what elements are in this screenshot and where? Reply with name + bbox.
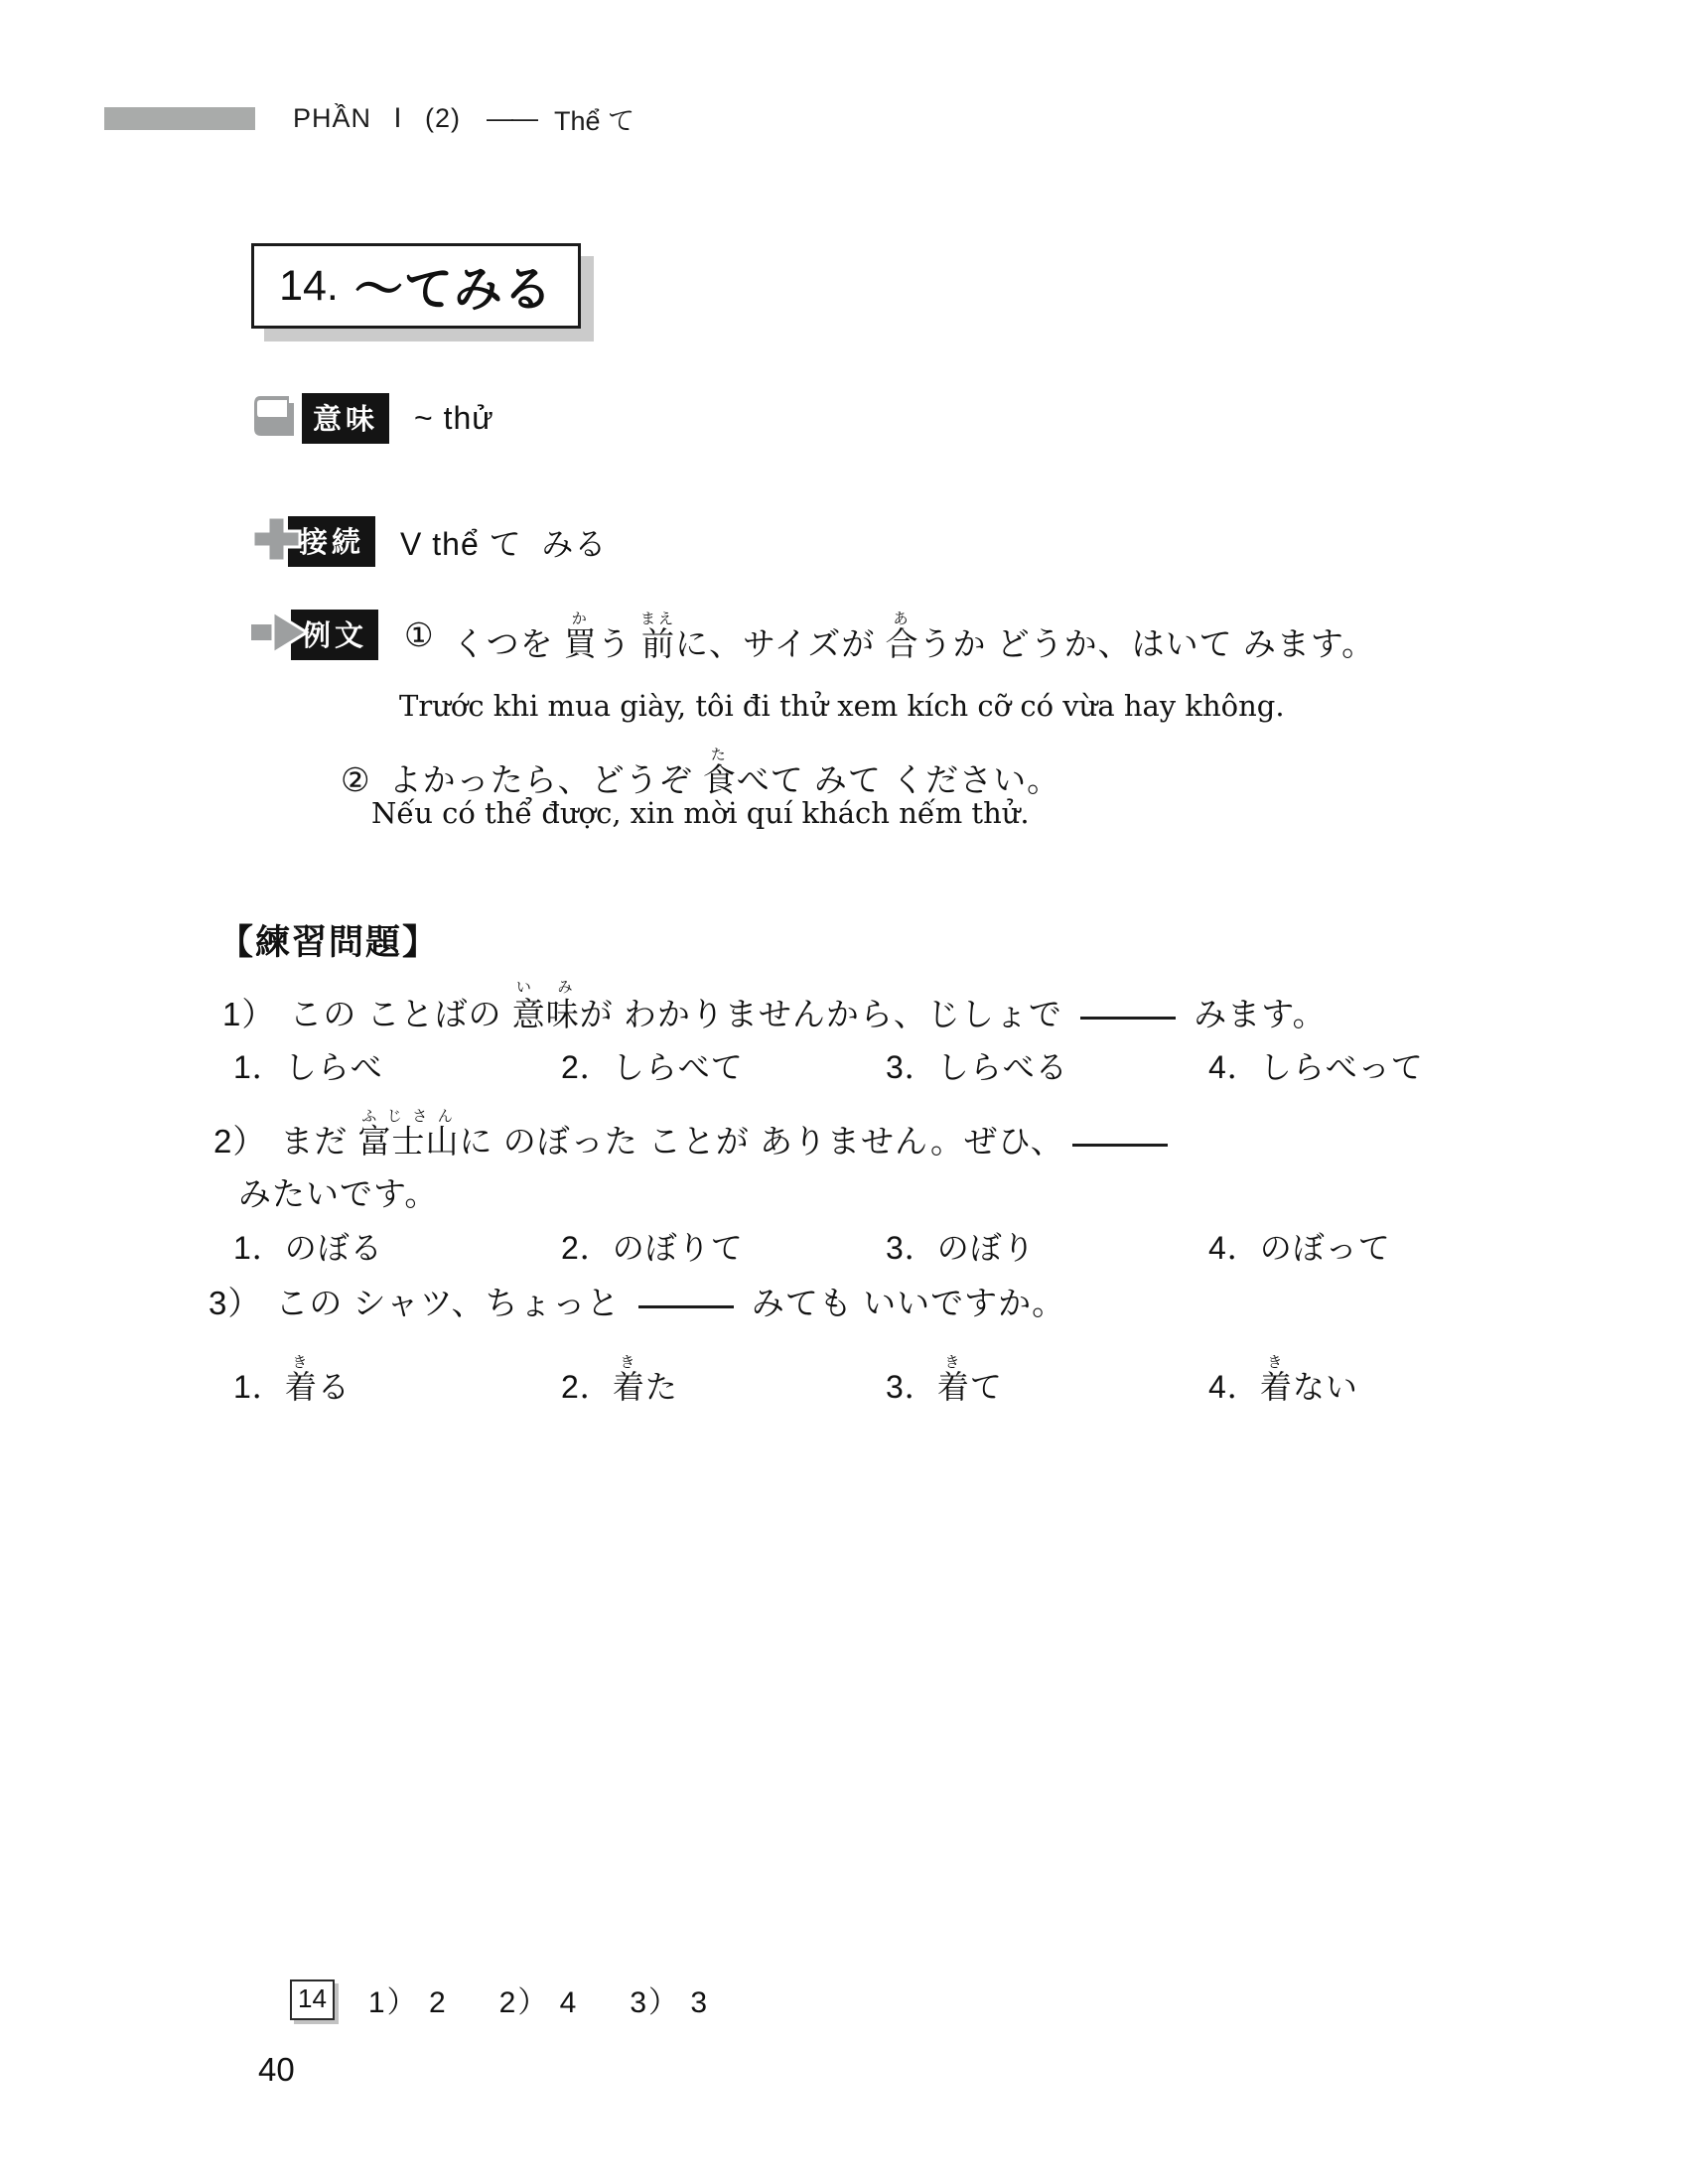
question-2-text-continued: みたいです。 [238, 1177, 438, 1210]
header-dash: —— [487, 103, 536, 134]
question-3-options: 1．着きる 2．着きた 3．着きて 4．着きない [233, 1354, 1358, 1408]
fill-in-blank [638, 1303, 734, 1308]
answer-key-lesson-box: 14 [290, 1979, 335, 2020]
textbook-page: PHẦN Ⅰ (2) —— Thể て 14. 〜てみる 意味 ~ thử 接続… [0, 0, 1688, 2184]
example-2-line: ② よかったら、どうぞ 食たべて みて ください。 [341, 747, 1060, 796]
answer-option: 4．のぼって [1208, 1223, 1391, 1269]
meaning-text: ~ thử [414, 400, 494, 437]
example-1-japanese: くつを 買かう 前まえに、サイズが 合あうか どうか、はいて みます。 [453, 611, 1376, 660]
header-topic: Thể て [554, 99, 634, 138]
answer-option: 1．しらべ [233, 1042, 561, 1088]
example-2-number: ② [341, 763, 371, 796]
connection-text: V thể て みる [400, 519, 607, 565]
question-1-text: この ことばの 意味い みが わかりませんから、じしょで みます。 [289, 979, 1326, 1030]
answer-option: 2．着きた [561, 1354, 886, 1408]
question-2-text: まだ 富士山ふじさんに のぼった ことが ありません。ぜひ、 [280, 1108, 1175, 1158]
answer-option: 1．のぼる [233, 1223, 561, 1269]
question-2-options: 1．のぼる 2．のぼりて 3．のぼり 4．のぼって [233, 1223, 1391, 1269]
answer-key-item: 2） 4 [499, 1978, 579, 2021]
lesson-title-box: 14. 〜てみる [251, 243, 581, 329]
fill-in-blank [1072, 1142, 1168, 1147]
header-text: PHẦN Ⅰ (2) —— Thể て [293, 99, 634, 138]
answer-option: 3．のぼり [886, 1223, 1208, 1269]
lesson-pattern: 〜てみる [354, 251, 553, 321]
question-2-number: 2） [213, 1125, 266, 1158]
question-2-line-2: みたいです。 [238, 1177, 438, 1210]
question-3-number: 3） [209, 1287, 261, 1319]
examples-row: 例文 ① くつを 買かう 前まえに、サイズが 合あうか どうか、はいて みます。 [251, 608, 1375, 662]
answer-option: 4．しらべって [1208, 1042, 1424, 1088]
connection-row: 接続 V thể て みる [251, 514, 607, 569]
fill-in-blank [1080, 1015, 1176, 1020]
question-3-text: この シャツ、ちょっと みても いいですか。 [275, 1287, 1065, 1319]
question-1-options: 1．しらべ 2．しらべて 3．しらべる 4．しらべって [233, 1042, 1424, 1088]
answer-key-item: 1） 2 [368, 1978, 448, 2021]
answer-option: 2．しらべて [561, 1042, 886, 1088]
practice-heading: 【練習問題】 [218, 915, 439, 965]
example-1-translation: Trước khi mua giày, tôi đi thử xem kích … [399, 689, 1285, 723]
book-icon [251, 393, 297, 444]
answer-key-item: 3） 3 [630, 1978, 709, 2021]
arrow-icon [251, 608, 311, 662]
lesson-number: 14. [279, 262, 339, 311]
answer-option: 2．のぼりて [561, 1223, 886, 1269]
page-header: PHẦN Ⅰ (2) —— Thể て [104, 99, 634, 138]
example-1-number: ① [404, 618, 435, 651]
header-bar [104, 107, 255, 130]
question-1-number: 1） [222, 998, 275, 1030]
answer-option: 3．しらべる [886, 1042, 1208, 1088]
answer-key: 14 1） 2 2） 4 3） 3 [290, 1978, 761, 2021]
answer-option: 4．着きない [1208, 1354, 1358, 1408]
answer-option: 3．着きて [886, 1354, 1208, 1408]
question-3-line: 3） この シャツ、ちょっと みても いいですか。 [209, 1287, 1065, 1319]
example-2-translation: Nếu có thể được, xin mời quí khách nếm t… [371, 796, 1030, 830]
question-2-line-1: 2） まだ 富士山ふじさんに のぼった ことが ありません。ぜひ、 [213, 1108, 1176, 1158]
meaning-row: 意味 ~ thử [251, 393, 494, 444]
question-1-line: 1） この ことばの 意味い みが わかりませんから、じしょで みます。 [222, 979, 1327, 1030]
header-section-label: PHẦN Ⅰ (2) [293, 103, 461, 134]
answer-option: 1．着きる [233, 1354, 561, 1408]
plus-icon [251, 514, 303, 569]
meaning-label: 意味 [302, 393, 389, 444]
example-2-japanese: よかったら、どうぞ 食たべて みて ください。 [389, 747, 1061, 796]
page-number: 40 [258, 2051, 295, 2089]
